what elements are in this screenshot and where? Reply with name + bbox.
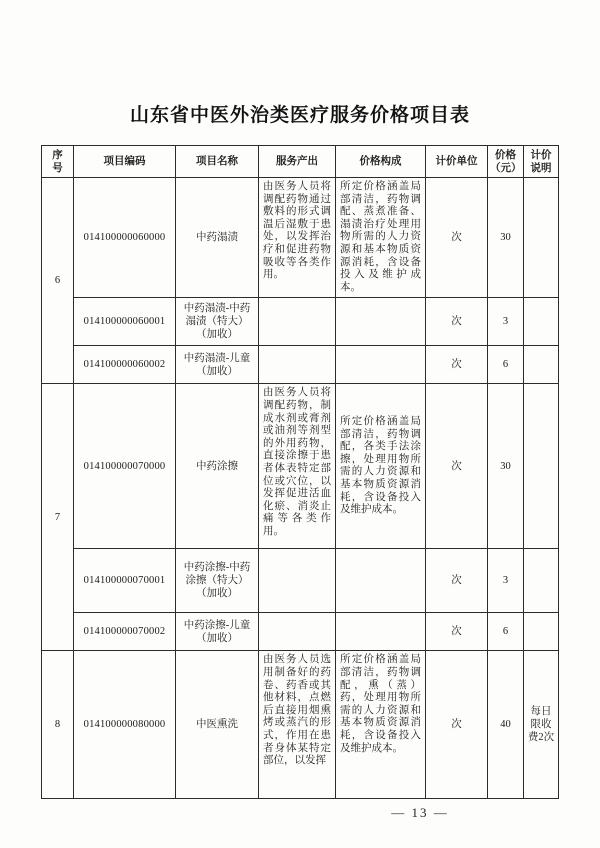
- cell-price: 6: [488, 613, 524, 651]
- cell-price: 3: [488, 298, 524, 346]
- header-output: 服务产出: [259, 146, 336, 178]
- cell-price: 3: [488, 549, 524, 613]
- cell-name: 中药溻渍: [176, 178, 259, 298]
- cell-output: 由医务人员将调配药物，制成水剂或膏剂或油剂等剂型的外用药物，直接涂擦于患者体表特…: [259, 384, 336, 549]
- header-unit: 计价单位: [426, 146, 488, 178]
- header-price: 价格 （元）: [488, 146, 524, 178]
- header-seq: 序 号: [42, 146, 74, 178]
- cell-output: [259, 613, 336, 651]
- cell-unit: 次: [426, 549, 488, 613]
- header-name: 项目名称: [176, 146, 259, 178]
- table-row: 014100000060002 中药溻渍-儿童（加收） 次 6: [42, 346, 559, 384]
- cell-note: [524, 178, 559, 298]
- table-row: 8 014100000080000 中医熏洗 由医务人员选用制备好的药卷、药香或…: [42, 651, 559, 799]
- cell-unit: 次: [426, 178, 488, 298]
- table-row: 014100000070001 中药涂擦-中药涂擦（特大）（加收） 次 3: [42, 549, 559, 613]
- cell-name: 中药涂擦-中药涂擦（特大）（加收）: [176, 549, 259, 613]
- cell-code: 014100000080000: [74, 651, 176, 799]
- header-code: 项目编码: [74, 146, 176, 178]
- cell-price: 6: [488, 346, 524, 384]
- cell-unit: 次: [426, 298, 488, 346]
- cell-name: 中药溻渍-儿童（加收）: [176, 346, 259, 384]
- cell-seq: 7: [42, 384, 74, 651]
- cell-code: 014100000070000: [74, 384, 176, 549]
- cell-note: [524, 613, 559, 651]
- cell-name: 中药涂擦: [176, 384, 259, 549]
- cell-output: [259, 549, 336, 613]
- cell-note: [524, 346, 559, 384]
- cell-output: [259, 346, 336, 384]
- table-header-row: 序 号 项目编码 项目名称 服务产出 价格构成 计价单位 价格 （元） 计价 说…: [42, 146, 559, 178]
- cell-composition: 所定价格涵盖局部清洁，药物调配，熏（蒸）药，处理用物所需的人力资源和基本物质资源…: [336, 651, 426, 799]
- cell-note: 每日限收费2次: [524, 651, 559, 799]
- header-composition: 价格构成: [336, 146, 426, 178]
- cell-note: [524, 549, 559, 613]
- cell-output: [259, 298, 336, 346]
- cell-price: 30: [488, 178, 524, 298]
- cell-composition: 所定价格涵盖局部清洁，药物调配、蒸煮准备、溻渍治疗处理用物所需的人力资源和基本物…: [336, 178, 426, 298]
- cell-unit: 次: [426, 384, 488, 549]
- price-table: 序 号 项目编码 项目名称 服务产出 价格构成 计价单位 价格 （元） 计价 说…: [41, 145, 559, 799]
- cell-seq: 8: [42, 651, 74, 799]
- table-row: 7 014100000070000 中药涂擦 由医务人员将调配药物，制成水剂或膏…: [42, 384, 559, 549]
- cell-output: 由医务人员选用制备好的药卷、药香或其他材料，点燃后直接用烟熏烤或蒸汽的形式，作用…: [259, 651, 336, 799]
- header-note: 计价 说明: [524, 146, 559, 178]
- cell-composition: [336, 346, 426, 384]
- cell-code: 014100000060001: [74, 298, 176, 346]
- cell-composition: [336, 298, 426, 346]
- document-page: 山东省中医外治类医疗服务价格项目表 序 号 项目编码 项目名称 服务产出 价格构…: [0, 0, 600, 848]
- cell-note: [524, 384, 559, 549]
- table-row: 6 014100000060000 中药溻渍 由医务人员将调配药物通过敷料的形式…: [42, 178, 559, 298]
- cell-code: 014100000070001: [74, 549, 176, 613]
- cell-name: 中药溻渍-中药溻渍（特大）（加收）: [176, 298, 259, 346]
- cell-note: [524, 298, 559, 346]
- page-number-text: — 13 —: [391, 805, 449, 821]
- cell-price: 30: [488, 384, 524, 549]
- cell-code: 014100000060002: [74, 346, 176, 384]
- cell-name: 中医熏洗: [176, 651, 259, 799]
- cell-unit: 次: [426, 651, 488, 799]
- cell-seq: 6: [42, 178, 74, 384]
- cell-composition: [336, 549, 426, 613]
- cell-composition: [336, 613, 426, 651]
- cell-code: 014100000060000: [74, 178, 176, 298]
- table-row: 014100000070002 中药涂擦-儿童（加收） 次 6: [42, 613, 559, 651]
- table-row: 014100000060001 中药溻渍-中药溻渍（特大）（加收） 次 3: [42, 298, 559, 346]
- cell-code: 014100000070002: [74, 613, 176, 651]
- cell-composition: 所定价格涵盖局部清洁，药物调配，各类手法涂擦，处理用物所需的人力资源和基本物质资…: [336, 384, 426, 549]
- page-title: 山东省中医外治类医疗服务价格项目表: [0, 100, 600, 127]
- page-number: — 13 —: [0, 805, 600, 821]
- cell-unit: 次: [426, 613, 488, 651]
- cell-output: 由医务人员将调配药物通过敷料的形式调温后湿敷于患处，以发挥治疗和促进药物吸收等各…: [259, 178, 336, 298]
- cell-price: 40: [488, 651, 524, 799]
- cell-name: 中药涂擦-儿童（加收）: [176, 613, 259, 651]
- cell-unit: 次: [426, 346, 488, 384]
